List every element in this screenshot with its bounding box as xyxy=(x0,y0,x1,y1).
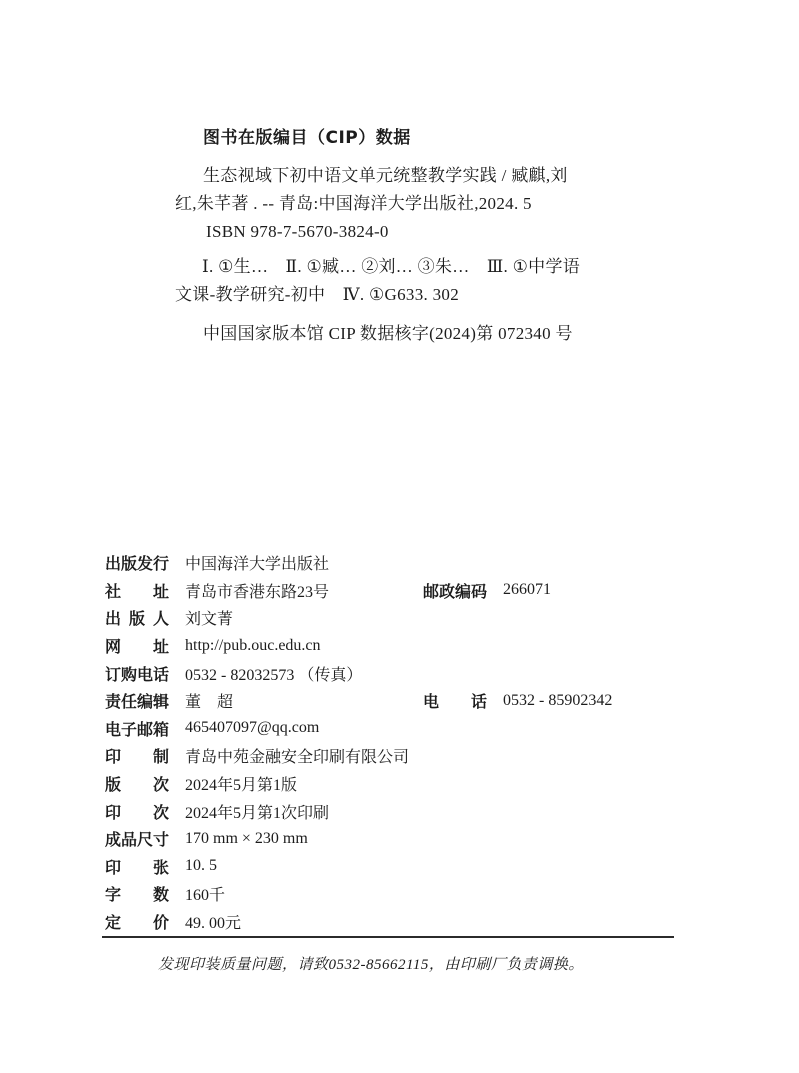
pub-row-trim-size: 成品尺寸 170 mm × 230 mm xyxy=(105,825,745,853)
pub-label: 订购电话 xyxy=(105,662,169,685)
pub-label: 印 张 xyxy=(105,855,169,878)
pub-value: 170 mm × 230 mm xyxy=(185,830,308,848)
pub-value-website-url: http://pub.ouc.edu.cn xyxy=(185,637,321,655)
pub-label: 出 版 人 xyxy=(105,606,169,629)
cip-description-line2: 红,朱芊著 . -- 青岛:中国海洋大学出版社,2024. 5 xyxy=(175,194,532,214)
pub-value-postcode: 266071 xyxy=(503,581,551,599)
pub-row-printed-sheets: 印 张 10. 5 xyxy=(105,853,745,881)
pub-value: 2024年5月第1次印刷 xyxy=(185,800,329,823)
pub-label: 社 址 xyxy=(105,579,169,602)
pub-row-address: 社 址 青岛市香港东路23号 邮政编码 266071 xyxy=(105,577,745,605)
pub-row-editor: 责任编辑 董 超 电 话 0532 - 85902342 xyxy=(105,687,745,715)
pub-row-email: 电子邮箱 465407097@qq.com xyxy=(105,715,745,743)
pub-value: 10. 5 xyxy=(185,857,217,875)
pub-label-postcode: 邮政编码 xyxy=(423,579,487,602)
pub-value: 中国海洋大学出版社 xyxy=(185,551,329,574)
divider-rule xyxy=(102,936,674,938)
pub-value-phone: 0532 - 85902342 xyxy=(503,692,612,710)
pub-label: 成品尺寸 xyxy=(105,827,169,850)
isbn-number: ISBN 978-7-5670-3824-0 xyxy=(206,222,389,242)
cip-classification-line2: 文课-教学研究-初中 Ⅳ. ①G633. 302 xyxy=(175,285,459,305)
pub-value: 160千 xyxy=(185,882,225,905)
pub-label: 印 制 xyxy=(105,744,169,767)
pub-label: 责任编辑 xyxy=(105,689,169,712)
pub-value: 0532 - 82032573 （传真） xyxy=(185,662,362,685)
pub-row-price: 定 价 49. 00元 xyxy=(105,908,745,936)
cip-record-number: 中国国家版本馆 CIP 数据核字(2024)第 072340 号 xyxy=(203,324,573,344)
pub-row-word-count: 字 数 160千 xyxy=(105,880,745,908)
pub-value: 青岛中苑金融安全印刷有限公司 xyxy=(185,744,409,767)
pub-row-edition: 版 次 2024年5月第1版 xyxy=(105,770,745,798)
pub-value: 刘文菁 xyxy=(185,606,233,629)
pub-label: 版 次 xyxy=(105,772,169,795)
pub-row-order-phone: 订购电话 0532 - 82032573 （传真） xyxy=(105,659,745,687)
pub-row-website: 网 址 http://pub.ouc.edu.cn xyxy=(105,632,745,660)
pub-row-publisher: 出版发行 中国海洋大学出版社 xyxy=(105,549,745,577)
pub-label: 电子邮箱 xyxy=(105,717,169,740)
pub-value: 2024年5月第1版 xyxy=(185,772,297,795)
pub-label: 出版发行 xyxy=(105,551,169,574)
pub-value: 青岛市香港东路23号 xyxy=(185,579,329,602)
pub-label: 字 数 xyxy=(105,882,169,905)
pub-value: 董 超 xyxy=(185,689,233,712)
pub-row-impression: 印 次 2024年5月第1次印刷 xyxy=(105,797,745,825)
cip-description-line1: 生态视域下初中语文单元统整教学实践 / 臧麒,刘 xyxy=(203,166,568,186)
pub-value-email: 465407097@qq.com xyxy=(185,719,319,737)
pub-label: 定 价 xyxy=(105,910,169,933)
pub-label: 印 次 xyxy=(105,800,169,823)
cip-classification-line1: Ⅰ. ①生… Ⅱ. ①臧… ②刘… ③朱… Ⅲ. ①中学语 xyxy=(202,257,580,277)
book-copyright-page: 图书在版编目（CIP）数据 生态视域下初中语文单元统整教学实践 / 臧麒,刘 红… xyxy=(0,0,799,1073)
pub-row-publisher-person: 出 版 人 刘文菁 xyxy=(105,604,745,632)
print-quality-notice: 发现印装质量问题，请致0532-85662115，由印刷厂负责调换。 xyxy=(158,953,584,974)
pub-label-phone: 电 话 xyxy=(423,689,487,712)
publication-info-block: 出版发行 中国海洋大学出版社 社 址 青岛市香港东路23号 邮政编码 26607… xyxy=(105,549,745,935)
pub-row-printer: 印 制 青岛中苑金融安全印刷有限公司 xyxy=(105,742,745,770)
cip-heading: 图书在版编目（CIP）数据 xyxy=(203,128,411,148)
pub-value: 49. 00元 xyxy=(185,910,241,933)
pub-label: 网 址 xyxy=(105,634,169,657)
